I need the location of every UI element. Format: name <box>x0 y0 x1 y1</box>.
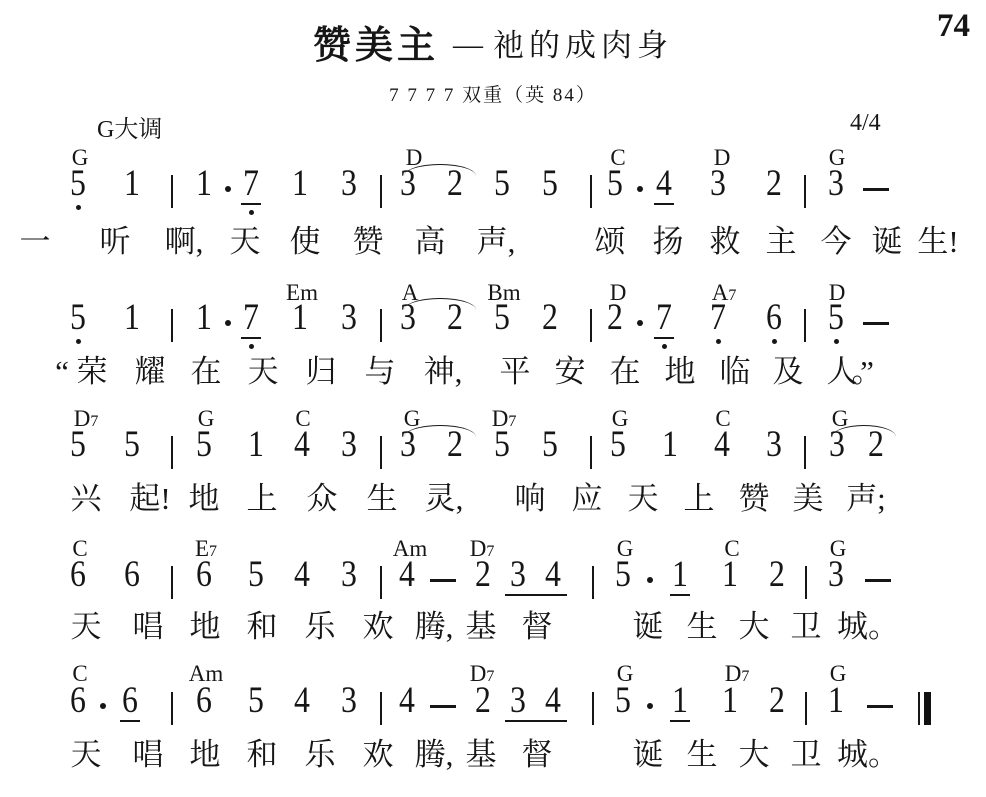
augmentation-dot <box>100 703 106 709</box>
note-digit: 1 <box>196 165 212 202</box>
lyric-syllable: 兴 <box>71 483 102 514</box>
barline <box>171 566 173 599</box>
note-digit: 4 <box>294 426 310 463</box>
lyric-syllable: 督 <box>522 611 553 642</box>
note-digit: 3 <box>510 556 526 593</box>
note-digit: 2 <box>769 682 785 719</box>
note-digit: 5 <box>494 299 510 336</box>
lyric-syllable: 声; <box>846 483 886 514</box>
chord-seventh-number: 7 <box>728 287 736 304</box>
dash-note <box>865 579 891 582</box>
note-digit: 1 <box>662 426 678 463</box>
lyric-syllable: 乐 <box>305 739 336 770</box>
note-digit: 5 <box>615 682 631 719</box>
lyric-syllable: 乐 <box>305 611 336 642</box>
note-digit: 4 <box>656 165 672 202</box>
note-digit: 5 <box>542 426 558 463</box>
note-digit: 5 <box>615 556 631 593</box>
lyric-syllable: 赞 <box>353 226 384 257</box>
lyric-syllable: 众 <box>307 483 338 514</box>
octave-dot <box>772 339 777 344</box>
lyric-syllable: 及 <box>773 356 804 387</box>
lyric-syllable: 督 <box>522 739 553 770</box>
eighth-underline <box>670 594 690 596</box>
note-digit: 6 <box>766 299 782 336</box>
barline <box>171 309 173 342</box>
lyric-syllable: 生 <box>687 611 718 642</box>
note-digit: 4 <box>294 556 310 593</box>
note-digit: 4 <box>714 426 730 463</box>
note-digit: 5 <box>248 556 264 593</box>
note-digit: 3 <box>341 682 357 719</box>
barline <box>590 436 592 469</box>
lyric-syllable: 唱 <box>133 611 164 642</box>
note-digit: 1 <box>672 556 688 593</box>
barline <box>592 692 594 725</box>
barline <box>171 436 173 469</box>
note-digit: 2 <box>607 299 623 336</box>
note-digit: 6 <box>196 556 212 593</box>
lyric-syllable: 天 <box>71 611 102 642</box>
octave-dot <box>249 344 254 349</box>
score: GDCDG511713325554323一听啊,天使赞高声,颂扬救主今诞生!Em… <box>0 0 986 797</box>
note-digit: 4 <box>545 682 561 719</box>
note-digit: 5 <box>124 426 140 463</box>
dash-note <box>863 322 889 325</box>
note-digit: 1 <box>196 299 212 336</box>
lyric-syllable: 生! <box>917 226 958 257</box>
eighth-underline <box>241 203 261 205</box>
lyric-syllable: 城。 <box>837 739 899 770</box>
barline <box>805 692 807 725</box>
note-digit: 6 <box>70 682 86 719</box>
note-digit: 4 <box>545 556 561 593</box>
lyric-syllable: 地 <box>190 611 221 642</box>
note-digit: 6 <box>122 682 138 719</box>
note-digit: 7 <box>243 165 259 202</box>
lyric-syllable: 和 <box>247 739 278 770</box>
augmentation-dot <box>637 320 643 326</box>
lyric-syllable: 地 <box>190 739 221 770</box>
lyric-syllable: 基 <box>466 611 497 642</box>
eighth-underline <box>505 720 567 722</box>
lyric-syllable: 天 <box>248 356 279 387</box>
lyric-syllable: 扬 <box>653 226 684 257</box>
note-digit: 4 <box>399 682 415 719</box>
barline <box>171 692 173 725</box>
lyric-syllable: 上 <box>684 483 715 514</box>
note-digit: 1 <box>292 299 308 336</box>
note-digit: 3 <box>828 165 844 202</box>
lyric-syllable: 天 <box>230 226 261 257</box>
barline <box>804 175 806 208</box>
lyric-syllable: 诞 <box>633 611 664 642</box>
note-digit: 5 <box>70 426 86 463</box>
dash-note <box>430 705 456 708</box>
note-digit: 5 <box>494 426 510 463</box>
note-digit: 2 <box>769 556 785 593</box>
barline <box>380 566 382 599</box>
augmentation-dot <box>225 186 231 192</box>
lyric-syllable: 今 <box>821 226 852 257</box>
lyric-syllable: 起! <box>129 483 170 514</box>
lyric-syllable: 主 <box>766 226 797 257</box>
chord-seventh-number: 7 <box>741 668 749 685</box>
lyric-syllable: 使 <box>290 226 321 257</box>
augmentation-dot <box>637 186 643 192</box>
lyric-syllable: 应 <box>572 483 603 514</box>
note-digit: 1 <box>248 426 264 463</box>
lyric-syllable: 听 <box>100 226 131 257</box>
lyric-syllable: 归 <box>306 356 337 387</box>
lyric-syllable: 基 <box>466 739 497 770</box>
octave-dot <box>249 210 254 215</box>
lyric-syllable: 荣 <box>77 356 108 387</box>
note-digit: 3 <box>341 556 357 593</box>
lyric-syllable: 临 <box>720 356 751 387</box>
note-digit: 6 <box>70 556 86 593</box>
note-digit: 2 <box>475 682 491 719</box>
note-digit: 5 <box>828 299 844 336</box>
barline <box>590 175 592 208</box>
eighth-underline <box>241 337 261 339</box>
barline <box>590 309 592 342</box>
sheet-music-page: 74 赞美主—祂的成肉身 7 7 7 7 双重（英 84） G大调 4/4 GD… <box>0 0 986 797</box>
note-digit: 7 <box>656 299 672 336</box>
lyric-syllable: 救 <box>710 226 741 257</box>
lyric-syllable: 诞 <box>872 226 903 257</box>
lyric-syllable: 在 <box>191 356 222 387</box>
note-digit: 5 <box>196 426 212 463</box>
barline <box>592 566 594 599</box>
dash-note <box>430 579 456 582</box>
note-digit: 7 <box>243 299 259 336</box>
lyric-syllable: 灵, <box>425 483 464 514</box>
note-digit: 4 <box>399 556 415 593</box>
note-digit: 5 <box>248 682 264 719</box>
lyric-syllable: 颂 <box>595 226 626 257</box>
lyric-syllable: 城。 <box>837 611 899 642</box>
barline <box>804 436 806 469</box>
lyric-syllable: 美 <box>793 483 824 514</box>
octave-dot <box>834 339 839 344</box>
lyric-syllable: 上 <box>247 483 278 514</box>
lyric-syllable: 腾, <box>415 611 454 642</box>
barline <box>804 309 806 342</box>
octave-dot <box>76 339 81 344</box>
lyric-syllable: 和 <box>247 611 278 642</box>
note-digit: 3 <box>341 165 357 202</box>
note-digit: 6 <box>196 682 212 719</box>
lyric-syllable: 与 <box>365 356 396 387</box>
final-barline-thin <box>918 692 920 725</box>
augmentation-dot <box>647 703 653 709</box>
note-digit: 5 <box>70 299 86 336</box>
lyric-syllable: 唱 <box>133 739 164 770</box>
lyric-syllable: 欢 <box>363 739 394 770</box>
lyric-syllable: 卫 <box>791 611 822 642</box>
chord-seventh-number: 7 <box>90 413 98 430</box>
note-digit: 5 <box>607 165 623 202</box>
lyric-syllable: 地 <box>189 483 220 514</box>
barline <box>171 175 173 208</box>
lyric-syllable: 神, <box>424 356 463 387</box>
note-digit: 1 <box>722 556 738 593</box>
barline <box>380 175 382 208</box>
lyric-syllable: 大 <box>739 611 770 642</box>
note-digit: 1 <box>722 682 738 719</box>
lyric-syllable: 欢 <box>363 611 394 642</box>
barline <box>805 566 807 599</box>
lyric-syllable: 大 <box>739 739 770 770</box>
dash-note <box>863 188 889 191</box>
note-digit: 3 <box>510 682 526 719</box>
note-digit: 2 <box>766 165 782 202</box>
barline <box>380 309 382 342</box>
lyric-syllable: 声, <box>477 226 516 257</box>
note-digit: 2 <box>542 299 558 336</box>
eighth-underline <box>505 594 567 596</box>
note-digit: 1 <box>828 682 844 719</box>
final-barline-thick <box>924 692 931 725</box>
lyric-syllable: 生 <box>687 739 718 770</box>
barline <box>380 692 382 725</box>
note-digit: 3 <box>710 165 726 202</box>
note-digit: 4 <box>294 682 310 719</box>
lyric-syllable: 一 <box>20 226 51 257</box>
note-digit: 1 <box>124 299 140 336</box>
lyric-syllable: 响 <box>515 483 546 514</box>
lyric-syllable: 在 <box>610 356 641 387</box>
note-digit: 5 <box>494 165 510 202</box>
lyric-syllable: 生 <box>367 483 398 514</box>
note-digit: 5 <box>542 165 558 202</box>
augmentation-dot <box>647 577 653 583</box>
note-digit: 5 <box>610 426 626 463</box>
note-digit: 1 <box>124 165 140 202</box>
lyric-syllable: 地 <box>665 356 696 387</box>
note-digit: 3 <box>341 426 357 463</box>
note-digit: 1 <box>672 682 688 719</box>
lyric-syllable: 赞 <box>739 483 770 514</box>
note-digit: 2 <box>475 556 491 593</box>
lyric-syllable: 天 <box>628 483 659 514</box>
octave-dot <box>716 339 721 344</box>
eighth-underline <box>670 720 690 722</box>
lyric-syllable: 高 <box>415 226 446 257</box>
note-digit: 3 <box>828 556 844 593</box>
note-digit: 6 <box>124 556 140 593</box>
note-digit: 1 <box>292 165 308 202</box>
octave-dot <box>662 344 667 349</box>
note-digit: 5 <box>70 165 86 202</box>
lyric-syllable: 天 <box>71 739 102 770</box>
eighth-underline <box>654 337 674 339</box>
note-digit: 3 <box>341 299 357 336</box>
note-digit: 7 <box>710 299 726 336</box>
lyric-syllable: 啊, <box>165 226 204 257</box>
lyric-syllable: 。 <box>852 356 883 387</box>
lyric-syllable: 耀 <box>135 356 166 387</box>
note-digit: 3 <box>766 426 782 463</box>
barline <box>380 436 382 469</box>
lyric-syllable: 平 <box>500 356 531 387</box>
lyric-syllable: 卫 <box>791 739 822 770</box>
lyric-syllable: “ <box>55 356 69 387</box>
lyric-syllable: 腾, <box>415 739 454 770</box>
octave-dot <box>76 205 81 210</box>
augmentation-dot <box>225 320 231 326</box>
dash-note <box>867 705 893 708</box>
lyric-syllable: 诞 <box>633 739 664 770</box>
eighth-underline <box>120 720 140 722</box>
eighth-underline <box>654 203 674 205</box>
lyric-syllable: 安 <box>555 356 586 387</box>
